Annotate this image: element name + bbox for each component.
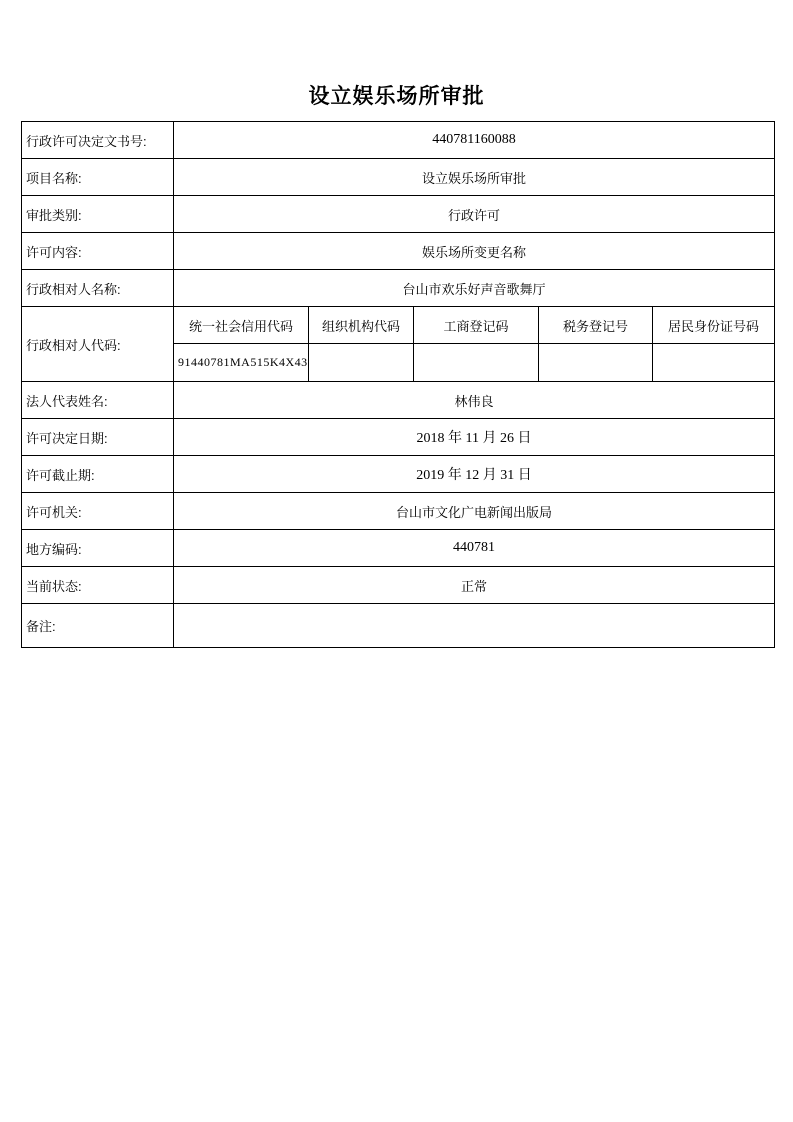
code-value-id-number xyxy=(653,344,775,382)
row-legal-rep-name: 法人代表姓名: 林伟良 xyxy=(22,382,775,419)
row-decision-doc-number: 行政许可决定文书号: 440781160088 xyxy=(22,122,775,159)
field-label: 地方编码: xyxy=(22,530,174,567)
field-value: 2018 年 11 月 26 日 xyxy=(174,419,775,456)
field-value: 娱乐场所变更名称 xyxy=(174,233,775,270)
row-project-name: 项目名称: 设立娱乐场所审批 xyxy=(22,159,775,196)
field-value: 设立娱乐场所审批 xyxy=(174,159,775,196)
code-value-tax-reg xyxy=(539,344,653,382)
field-value: 台山市欢乐好声音歌舞厅 xyxy=(174,270,775,307)
field-label: 审批类别: xyxy=(22,196,174,233)
field-value: 正常 xyxy=(174,567,775,604)
row-counterpart-name: 行政相对人名称: 台山市欢乐好声音歌舞厅 xyxy=(22,270,775,307)
field-label: 行政相对人代码: xyxy=(22,307,174,382)
field-label: 备注: xyxy=(22,604,174,648)
row-approval-category: 审批类别: 行政许可 xyxy=(22,196,775,233)
row-decision-date: 许可决定日期: 2018 年 11 月 26 日 xyxy=(22,419,775,456)
row-remarks: 备注: xyxy=(22,604,775,648)
row-local-code: 地方编码: 440781 xyxy=(22,530,775,567)
field-label: 许可决定日期: xyxy=(22,419,174,456)
row-permit-authority: 许可机关: 台山市文化广电新闻出版局 xyxy=(22,493,775,530)
field-label: 行政许可决定文书号: xyxy=(22,122,174,159)
code-value-org-code xyxy=(309,344,414,382)
code-column-header-tax-reg: 税务登记号 xyxy=(539,307,653,344)
field-label: 项目名称: xyxy=(22,159,174,196)
field-value: 行政许可 xyxy=(174,196,775,233)
code-column-header-org-code: 组织机构代码 xyxy=(309,307,414,344)
row-expiry-date: 许可截止期: 2019 年 12 月 31 日 xyxy=(22,456,775,493)
field-label: 法人代表姓名: xyxy=(22,382,174,419)
row-permit-content: 许可内容: 娱乐场所变更名称 xyxy=(22,233,775,270)
field-value xyxy=(174,604,775,648)
row-counterpart-codes-header: 行政相对人代码: 统一社会信用代码 组织机构代码 工商登记码 税务登记号 居民身… xyxy=(22,307,775,344)
field-label: 许可机关: xyxy=(22,493,174,530)
field-value: 林伟良 xyxy=(174,382,775,419)
code-value-credit-code: 91440781MA515K4X43 xyxy=(174,344,309,382)
code-column-header-credit-code: 统一社会信用代码 xyxy=(174,307,309,344)
field-label: 行政相对人名称: xyxy=(22,270,174,307)
field-label: 许可内容: xyxy=(22,233,174,270)
document-page: 设立娱乐场所审批 行政许可决定文书号: 440781160088 项目名称: 设… xyxy=(0,0,793,1122)
code-column-header-id-number: 居民身份证号码 xyxy=(653,307,775,344)
code-value-business-reg xyxy=(414,344,539,382)
field-label: 许可截止期: xyxy=(22,456,174,493)
approval-table: 行政许可决定文书号: 440781160088 项目名称: 设立娱乐场所审批 审… xyxy=(21,121,775,648)
code-column-header-business-reg: 工商登记码 xyxy=(414,307,539,344)
field-value: 台山市文化广电新闻出版局 xyxy=(174,493,775,530)
field-value: 440781160088 xyxy=(174,122,775,159)
document-title: 设立娱乐场所审批 xyxy=(0,82,793,110)
field-value: 440781 xyxy=(174,530,775,567)
field-label: 当前状态: xyxy=(22,567,174,604)
row-current-status: 当前状态: 正常 xyxy=(22,567,775,604)
field-value: 2019 年 12 月 31 日 xyxy=(174,456,775,493)
